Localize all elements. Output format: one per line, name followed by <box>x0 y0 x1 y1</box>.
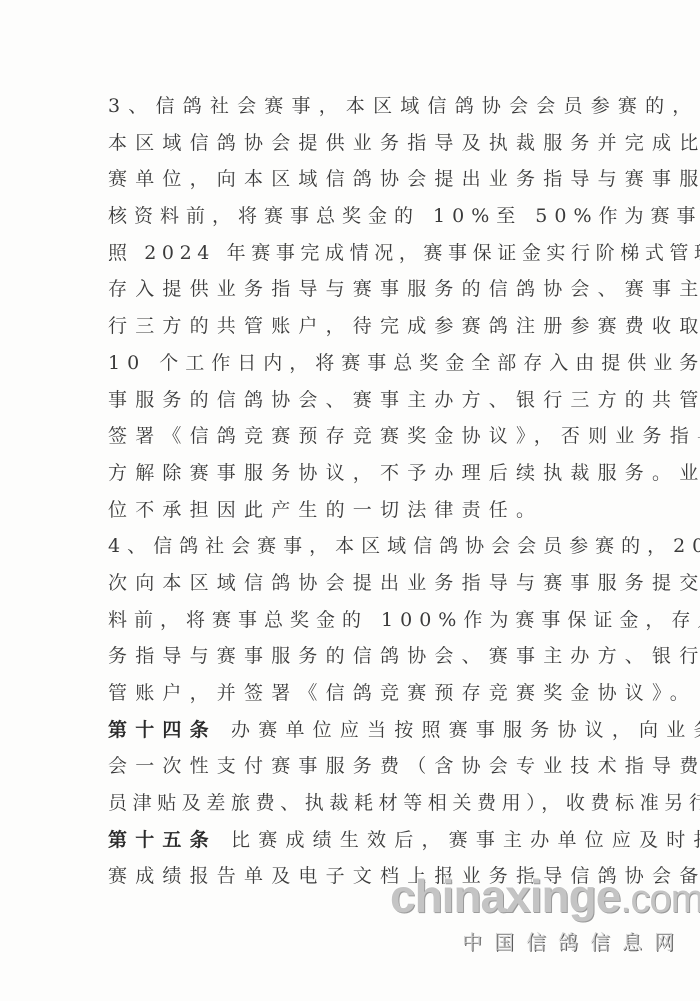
article-heading: 第十四条 <box>108 719 217 741</box>
watermark-domain: chinaxinge <box>390 870 620 922</box>
text-line: 行三方的共管账户，待完成参赛鸽注册参赛费收取截止日后， <box>108 308 608 345</box>
text-line: 位不承担因此产生的一切法律责任。 <box>108 492 608 529</box>
text-line: 料前，将赛事总奖金的 100%作为赛事保证金，存入提供业 <box>108 602 608 639</box>
watermark-site-name: 中国信鸽信息网 <box>462 926 686 955</box>
text-line: 办赛单位应当按照赛事服务协议，向业务指导协 <box>217 719 700 741</box>
text-line: 核资料前，将赛事总奖金的 10%至 50%作为赛事保证金（按 <box>108 198 608 235</box>
text-line: 存入提供业务指导与赛事服务的信鸽协会、赛事主办方、银 <box>108 271 608 308</box>
text-line: 务指导与赛事服务的信鸽协会、赛事主办方、银行三方的共 <box>108 638 608 675</box>
text-line: 员津贴及差旅费、执裁耗材等相关费用），收费标准另行制定。 <box>108 785 608 822</box>
watermark-domain-suffix: .com <box>620 877 700 921</box>
text-line: 管账户，并签署《信鸽竞赛预存竞赛奖金协议》。 <box>108 675 608 712</box>
text-line: 次向本区域信鸽协会提出业务指导与赛事服务提交审核资 <box>108 565 608 602</box>
text-line: 比赛成绩生效后，赛事主办单位应及时打印好比 <box>217 829 700 851</box>
watermark-logo: chinaxinge.com <box>390 869 700 923</box>
text-line: 方解除赛事服务协议，不予办理后续执裁服务。业务指导单 <box>108 455 608 492</box>
text-line: 照 2024 年赛事完成情况，赛事保证金实行阶梯式管理模式。）， <box>108 235 608 272</box>
text-line: 会一次性支付赛事服务费（含协会专业技术指导费、执裁人 <box>108 748 608 785</box>
document-page: 3、信鸽社会赛事，本区域信鸽协会会员参赛的，2024 年由 本区域信鸽协会提供业… <box>108 88 608 895</box>
text-line: 事服务的信鸽协会、赛事主办方、银行三方的共管账户，并 <box>108 382 608 419</box>
article-15-line: 第十五条 比赛成绩生效后，赛事主办单位应及时打印好比 <box>108 822 608 859</box>
text-line: 赛单位，向本区域信鸽协会提出业务指导与赛事服务提交审 <box>108 161 608 198</box>
text-line: 本区域信鸽协会提供业务指导及执裁服务并完成比赛的办 <box>108 125 608 162</box>
text-line: 4、信鸽社会赛事，本区域信鸽协会会员参赛的，2025 年首 <box>108 528 608 565</box>
text-line: 10 个工作日内，将赛事总奖金全部存入由提供业务指导与赛 <box>108 345 608 382</box>
article-heading: 第十五条 <box>108 829 217 851</box>
text-line: 3、信鸽社会赛事，本区域信鸽协会会员参赛的，2024 年由 <box>108 88 608 125</box>
text-line: 签署《信鸽竞赛预存竞赛奖金协议》，否则业务指导单位可单 <box>108 418 608 455</box>
article-14-line: 第十四条 办赛单位应当按照赛事服务协议，向业务指导协 <box>108 712 608 749</box>
